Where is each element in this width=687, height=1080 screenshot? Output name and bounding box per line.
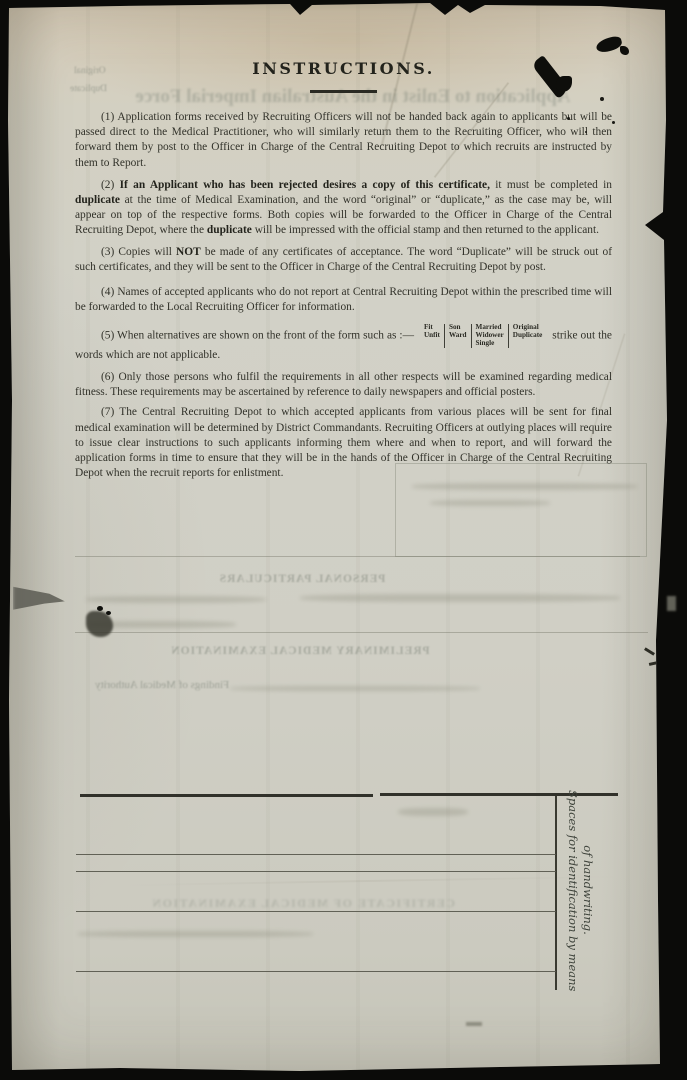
identification-caption-line2: of handwriting.: [580, 790, 595, 990]
bleed-preliminary-heading: PRELIMINARY MEDICAL EXAMINATION: [150, 645, 450, 657]
bleed-smudge: [230, 686, 480, 691]
stain-smudge: [13, 584, 65, 612]
instructions-block: INSTRUCTIONS. (1) Application forms rece…: [75, 60, 612, 481]
alternatives-group: FitUnfit: [420, 324, 444, 347]
bleed-certificate-heading: CERTIFICATE OF MEDICAL EXAMINATION: [138, 896, 468, 911]
ink-speck: [97, 606, 103, 611]
alternatives-group: MarriedWidowerSingle: [471, 324, 508, 347]
ink-blot: [620, 46, 629, 55]
scanned-document-photo: Original Duplicate Application to Enlist…: [0, 0, 687, 1080]
ink-speck: [600, 97, 604, 101]
bleed-smudge: [398, 808, 468, 816]
identification-line-2: [76, 871, 556, 872]
instruction-paragraph-1: (1) Application forms received by Recrui…: [75, 110, 612, 171]
identification-line-1: [76, 854, 556, 855]
panel-top-rule-left: [80, 794, 373, 797]
ink-speck: [612, 121, 615, 124]
ink-speck: [567, 117, 570, 120]
instruction-paragraph-6: (6) Only those persons who fulfil the re…: [75, 370, 612, 400]
ink-mark: [649, 661, 658, 666]
ink-speck: [585, 131, 587, 133]
bleed-smudge: [78, 931, 313, 937]
bleed-rule: [75, 556, 640, 557]
bleed-personal-particulars: PERSONAL PARTICULARS: [172, 573, 432, 585]
edge-speck: [667, 596, 676, 611]
identification-caption: of handwriting. Spaces for identificatio…: [565, 790, 595, 990]
instruction-paragraph-5: (5) When alternatives are shown on the f…: [75, 324, 612, 363]
identification-line-4: [76, 971, 556, 972]
ink-blot: [595, 35, 623, 54]
paragraph5-lead: (5) When alternatives are shown on the f…: [101, 330, 417, 342]
alternatives-table: FitUnfitSonWardMarriedWidowerSingleOrigi…: [420, 324, 546, 347]
bleed-smudge: [300, 594, 620, 602]
instruction-paragraph-2: (2) If an Applicant who has been rejecte…: [75, 178, 612, 239]
bleed-smudge: [86, 596, 266, 603]
ink-mark: [644, 647, 655, 655]
instruction-paragraph-4: (4) Names of accepted applicants who do …: [75, 285, 612, 315]
heading-rule: [310, 90, 377, 93]
bleed-findings-label: Findings of Medical Authority: [95, 679, 229, 691]
alternatives-group: SonWard: [444, 324, 471, 347]
page-title: INSTRUCTIONS.: [75, 60, 612, 78]
identification-caption-line1: Spaces for identification by means: [565, 790, 580, 990]
instruction-paragraph-7: (7) The Central Recruiting Depot to whic…: [75, 405, 612, 481]
paper-crease: [120, 876, 620, 887]
alternatives-group: OriginalDuplicate: [508, 324, 547, 347]
paper-page: Original Duplicate Application to Enlist…: [0, 0, 687, 1080]
instruction-paragraph-3: (3) Copies will NOT be made of any certi…: [75, 245, 612, 275]
bleed-smudge: [412, 483, 637, 490]
ink-speck: [106, 611, 111, 615]
pencil-dash: [466, 1022, 482, 1026]
bleed-rule: [75, 632, 648, 633]
identification-line-3: [76, 911, 556, 912]
bleed-smudge: [430, 500, 550, 506]
panel-vertical-rule: [555, 796, 557, 990]
